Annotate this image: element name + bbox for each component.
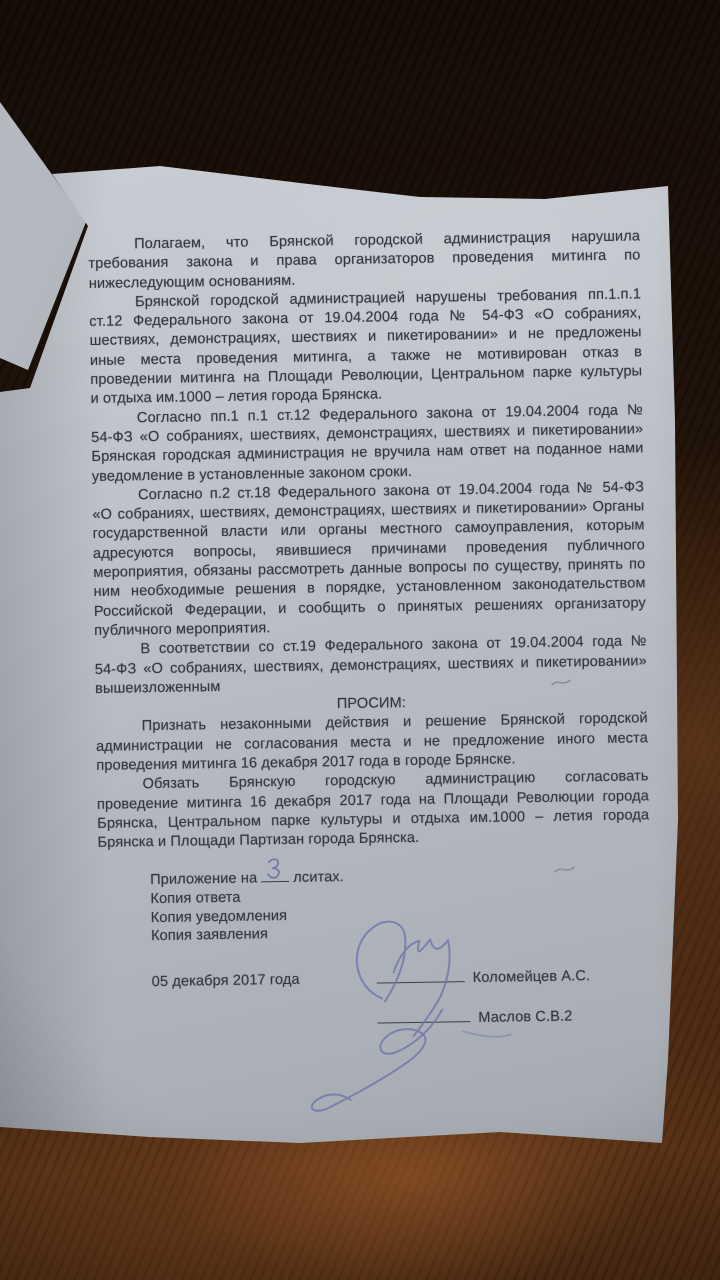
pen-mark-icon <box>553 864 577 876</box>
signature-name-2: Маслов С.В.2 <box>478 1008 572 1025</box>
copy-list-item: Копия заявления <box>151 924 345 946</box>
date-text: 05 декабря 2017 года <box>152 971 300 993</box>
photo-of-document: Полагаем, что Брянской городской админис… <box>0 0 720 1280</box>
body-paragraph: Согласно п.2 ст.18 Федерального закона о… <box>92 478 646 641</box>
attachment-prefix: Приложение на <box>150 870 257 888</box>
signature-row-1: Коломейцев А.С. <box>377 966 591 990</box>
body-paragraph: В соответствии со ст.19 Федерального зак… <box>94 633 647 700</box>
signature-line-2 <box>377 1008 470 1023</box>
signature-line-1 <box>377 968 465 983</box>
body-paragraph: Брянской городской администрацией наруше… <box>89 285 643 409</box>
body-paragraph: Согласно пп.1 п.1 ст.12 Федерального зак… <box>91 401 644 487</box>
body-paragraph: Обязать Брянскую городскую администрацию… <box>96 768 649 854</box>
document-body: Полагаем, что Брянской городской админис… <box>88 227 650 853</box>
body-paragraph: Полагаем, что Брянской городской админис… <box>88 227 641 294</box>
handwritten-three-icon <box>266 855 284 881</box>
attachment-block: Приложение налситах. Копия ответаКопия у… <box>150 868 345 946</box>
document-content: Полагаем, что Брянской городской админис… <box>88 227 650 853</box>
body-paragraph: Признать незаконными действия и решение … <box>96 710 649 777</box>
attachment-line: Приложение налситах. <box>150 868 344 890</box>
copy-list: Копия ответаКопия уведомленияКопия заявл… <box>150 887 345 946</box>
attachment-suffix: лситах. <box>293 869 344 886</box>
signature-row-2: Маслов С.В.2 <box>377 1006 572 1029</box>
document-paper: Полагаем, что Брянской городской админис… <box>0 0 720 1280</box>
signature-name-1: Коломейцев А.С. <box>473 968 591 986</box>
page-count-underline <box>261 869 289 882</box>
